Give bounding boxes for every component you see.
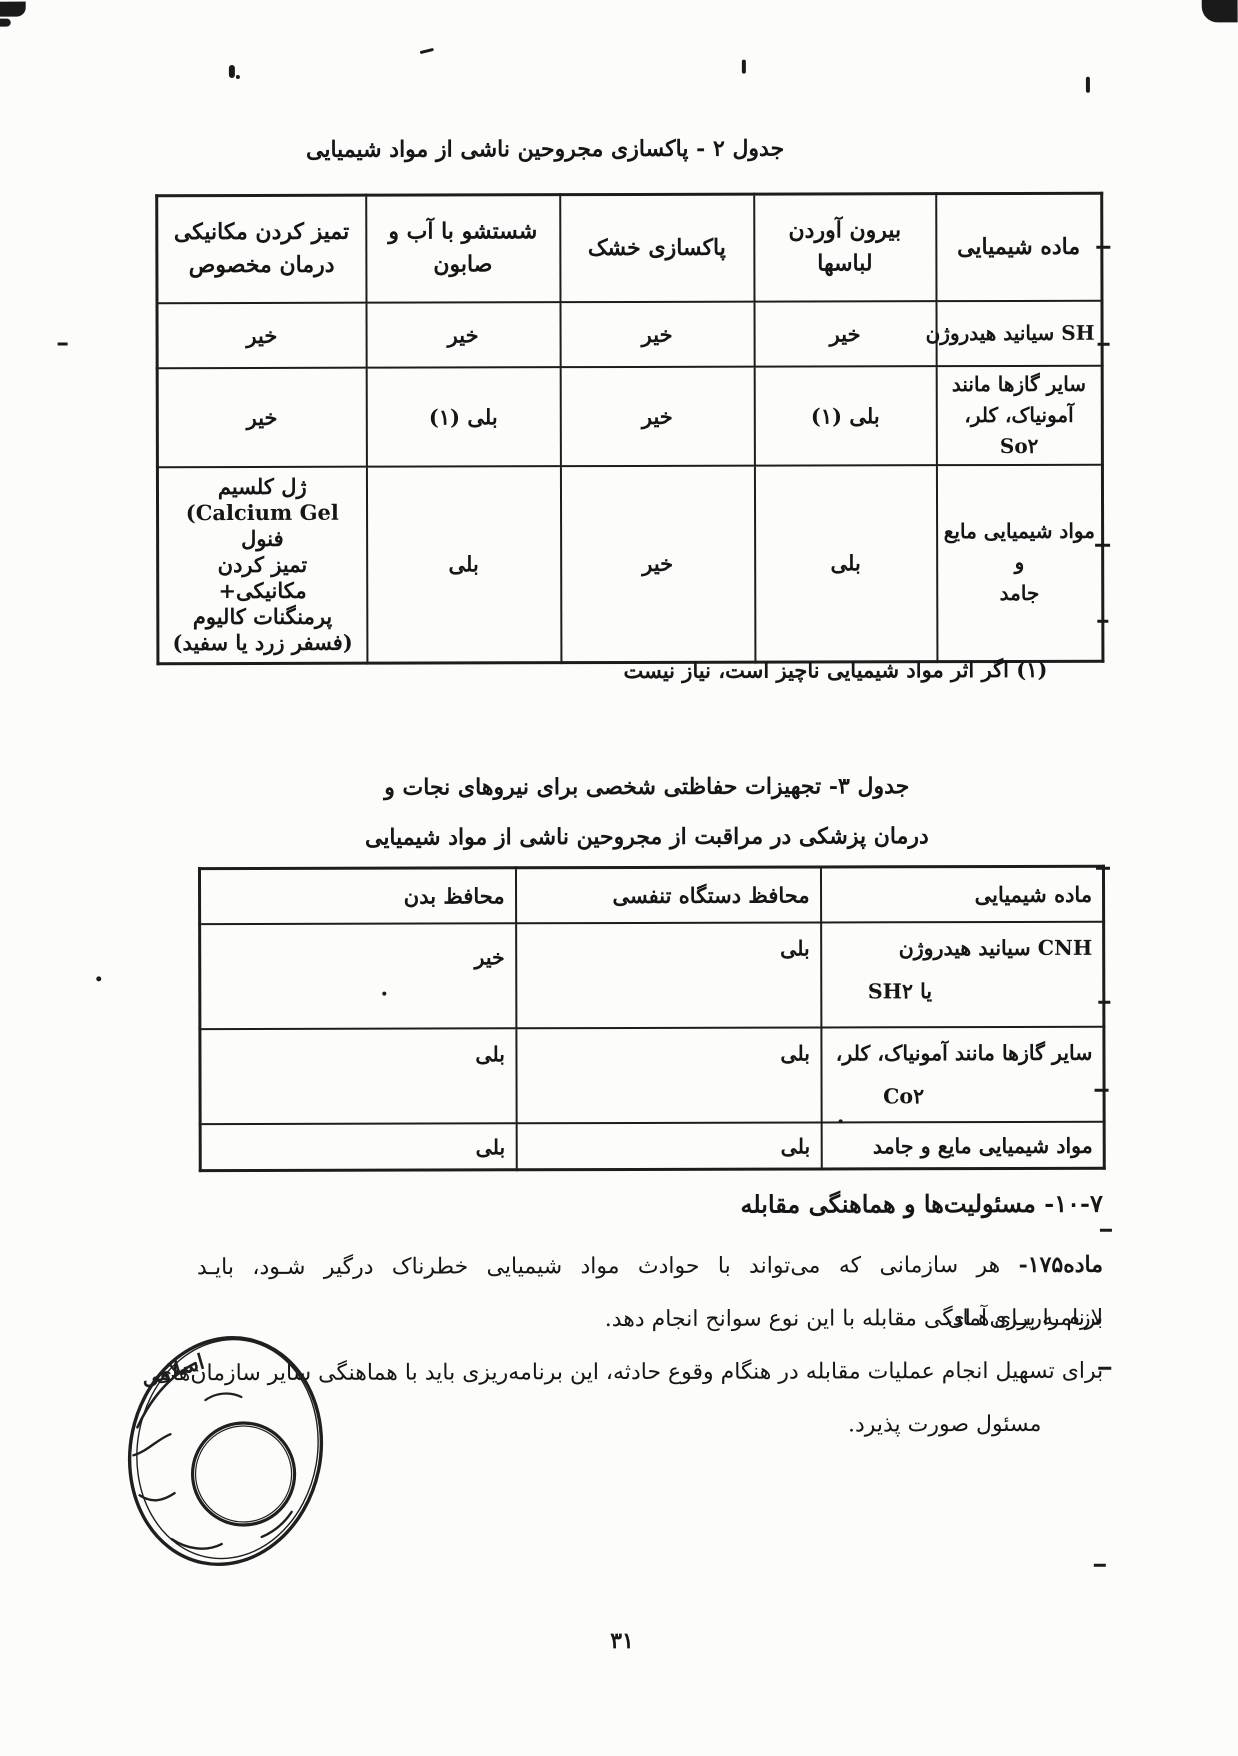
substance-line: CNH سیانید هیدروژن <box>826 932 1091 963</box>
table2-row3-undress: بلی <box>752 465 935 662</box>
scan-artifact <box>1095 620 1106 623</box>
article-number: ماده۱۷۵- <box>1017 1252 1101 1278</box>
substance-line: سایر گازها مانند <box>941 368 1093 399</box>
table2-row1-mech: خیر <box>155 302 364 368</box>
scan-artifact <box>1096 1001 1108 1004</box>
table2-row3-substance: مواد شیمیایی مایع و جامد <box>934 464 1101 661</box>
scan-artifact <box>1096 1367 1109 1370</box>
table2-title: جدول ۲ - پاکسازی مجروحین ناشی از مواد شی… <box>73 135 1013 163</box>
table2-row1-substance: SH سیانید هیدروژن <box>934 300 1100 365</box>
table2-row1-dry: خیر <box>558 301 752 367</box>
scan-artifact <box>227 65 233 78</box>
table2-header-mech: تمیز کردن مکانیکی درمان مخصوص <box>155 195 364 303</box>
paragraph-text: مسئول صورت پذیرد. <box>846 1398 1040 1452</box>
scan-artifact <box>1093 1089 1107 1092</box>
scan-artifact <box>1200 0 1236 22</box>
table-row: مواد شیمیایی مایع و جامد بلی بلی <box>198 1121 1102 1170</box>
scan-artifact <box>234 75 238 79</box>
table2-decontamination: ماده شیمیایی بیرون آوردن لباسها پاکسازی … <box>153 192 1102 665</box>
scan-artifact <box>0 2 24 17</box>
table2-header-substance: ماده شیمیایی <box>934 193 1100 300</box>
scan-artifact <box>56 342 66 345</box>
table3-title: جدول ۳- تجهیزات حفاظتی شخصی برای نیروهای… <box>200 761 1090 863</box>
substance-line: Co۲ <box>826 1081 1091 1112</box>
table2-header-wash: شستشو با آب و صابون <box>364 195 558 303</box>
table-row: CNH سیانید هیدروژن یا SH۲ بلی خیر <box>198 921 1102 1028</box>
table2-row1-wash: خیر <box>364 302 558 368</box>
substance-line: آمونیاک، کلر، So۲ <box>941 399 1093 461</box>
table-row: مواد شیمیایی مایع و جامد بلی خیر بلی ژل … <box>155 464 1101 663</box>
stamp-inner-circle <box>190 1423 292 1525</box>
table2-row2-dry: خیر <box>558 366 752 466</box>
scan-artifact <box>837 1119 841 1123</box>
treatment-line: مکانیکی+ <box>163 577 358 604</box>
scan-artifact <box>1093 544 1108 547</box>
stamp-inner-circle-inner-line <box>193 1426 289 1522</box>
paragraph-line: ماده۱۷۵- هر سازمانی که می‌تواند با حوادث… <box>195 1239 1101 1294</box>
substance-line: مواد شیمیایی مایع و <box>942 516 1094 578</box>
table3-row2-substance: سایر گازها مانند آمونیاک، کلر، Co۲ <box>819 1026 1102 1122</box>
table2-row3-wash: بلی <box>364 466 559 664</box>
table2-row2-substance: سایر گازها مانند آمونیاک، کلر، So۲ <box>934 365 1100 464</box>
table3-ppe: ماده شیمیایی محافظ دستگاه تنفسی محافظ بد… <box>196 865 1104 1172</box>
table3-header-row: ماده شیمیایی محافظ دستگاه تنفسی محافظ بد… <box>197 866 1101 923</box>
scan-artifact <box>1096 343 1108 346</box>
table2-row3-dry: خیر <box>558 465 753 663</box>
table3-header-body: محافظ بدن <box>197 868 513 924</box>
scan-artifact <box>94 976 99 981</box>
stamp-handwriting-stroke <box>131 1434 168 1455</box>
table3-row1-substance: CNH سیانید هیدروژن یا SH۲ <box>819 921 1102 1027</box>
treatment-line: ژل کلسیم <box>163 473 358 500</box>
treatment-line: (Calcium Gel <box>163 499 358 526</box>
official-stamp: اسلامی <box>107 1323 346 1582</box>
scan-artifact <box>0 19 9 27</box>
page-number: ۳۱ <box>590 1628 650 1654</box>
table3-row3-substance: مواد شیمیایی مایع و جامد <box>819 1121 1102 1169</box>
scan-artifact <box>740 60 744 74</box>
table2-footnote: (۱) اگر اثر مواد شیمیایی ناچیز است، نیاز… <box>621 657 1045 683</box>
table2-header-undress: بیرون آوردن لباسها <box>752 194 934 301</box>
table2-header-dry: پاکسازی خشک <box>558 194 752 302</box>
stamp-text: اسلامی <box>136 1349 205 1391</box>
table3-row3-respiratory: بلی <box>514 1122 819 1170</box>
table3-row2-respiratory: بلی <box>514 1027 819 1123</box>
section-heading: ۱۰-۷- مسئولیت‌ها و هماهنگی مقابله <box>738 1189 1100 1219</box>
substance-line: یا SH۲ <box>826 976 1091 1007</box>
table3-header-substance: ماده شیمیایی <box>818 866 1101 922</box>
table-row: سایر گازها مانند آمونیاک، کلر، Co۲ بلی ب… <box>198 1026 1102 1123</box>
table2-row1-undress: خیر <box>752 301 934 366</box>
scan-artifact <box>1094 246 1108 249</box>
stamp-handwriting-stroke <box>170 1539 220 1549</box>
treatment-line: فنول <box>163 525 358 552</box>
scan-artifact <box>1092 1564 1104 1567</box>
table3-row3-body: بلی <box>198 1123 514 1171</box>
table2-row2-mech: خیر <box>155 367 364 467</box>
table3-row1-body: خیر <box>198 923 514 1029</box>
scan-artifact <box>1094 867 1108 870</box>
scan-artifact <box>1098 1229 1110 1232</box>
table3-row2-body: بلی <box>198 1028 514 1124</box>
table3-title-line: جدول ۳- تجهیزات حفاظتی شخصی برای نیروهای… <box>200 761 1090 813</box>
treatment-line: پرمنگنات کالیوم <box>163 603 358 630</box>
table-row: سایر گازها مانند آمونیاک، کلر، So۲ بلی (… <box>155 365 1100 466</box>
substance-line: سایر گازها مانند آمونیاک، کلر، <box>826 1037 1091 1068</box>
table3-title-line: درمان پزشکی در مراقبت از مجروحین ناشی از… <box>200 811 1090 863</box>
scanned-document-page: جدول ۲ - پاکسازی مجروحین ناشی از مواد شی… <box>0 0 1238 1756</box>
table3-row1-respiratory: بلی <box>514 922 819 1028</box>
scan-artifact <box>380 992 384 996</box>
stamp-handwriting-stroke <box>203 1393 239 1400</box>
table3-header-respiratory: محافظ دستگاه تنفسی <box>513 867 818 923</box>
table2-row2-wash: بلی (۱) <box>364 367 558 467</box>
table2-header-row: ماده شیمیایی بیرون آوردن لباسها پاکسازی … <box>155 193 1100 302</box>
stamp-handwriting-stroke <box>138 1493 173 1500</box>
stamp-outer-ring <box>107 1323 340 1582</box>
table-row: SH سیانید هیدروژن خیر خیر خیر خیر <box>155 300 1100 367</box>
substance-line: جامد <box>942 578 1094 609</box>
treatment-line: تمیز کردن <box>163 551 358 578</box>
table2-row3-mech: ژل کلسیم (Calcium Gel فنول تمیز کردن مکا… <box>155 466 365 664</box>
scan-artifact <box>418 48 432 54</box>
scan-artifact <box>1084 77 1088 93</box>
treatment-line: (فسفر زرد یا سفید) <box>163 629 358 656</box>
table2-row2-undress: بلی (۱) <box>752 366 934 465</box>
